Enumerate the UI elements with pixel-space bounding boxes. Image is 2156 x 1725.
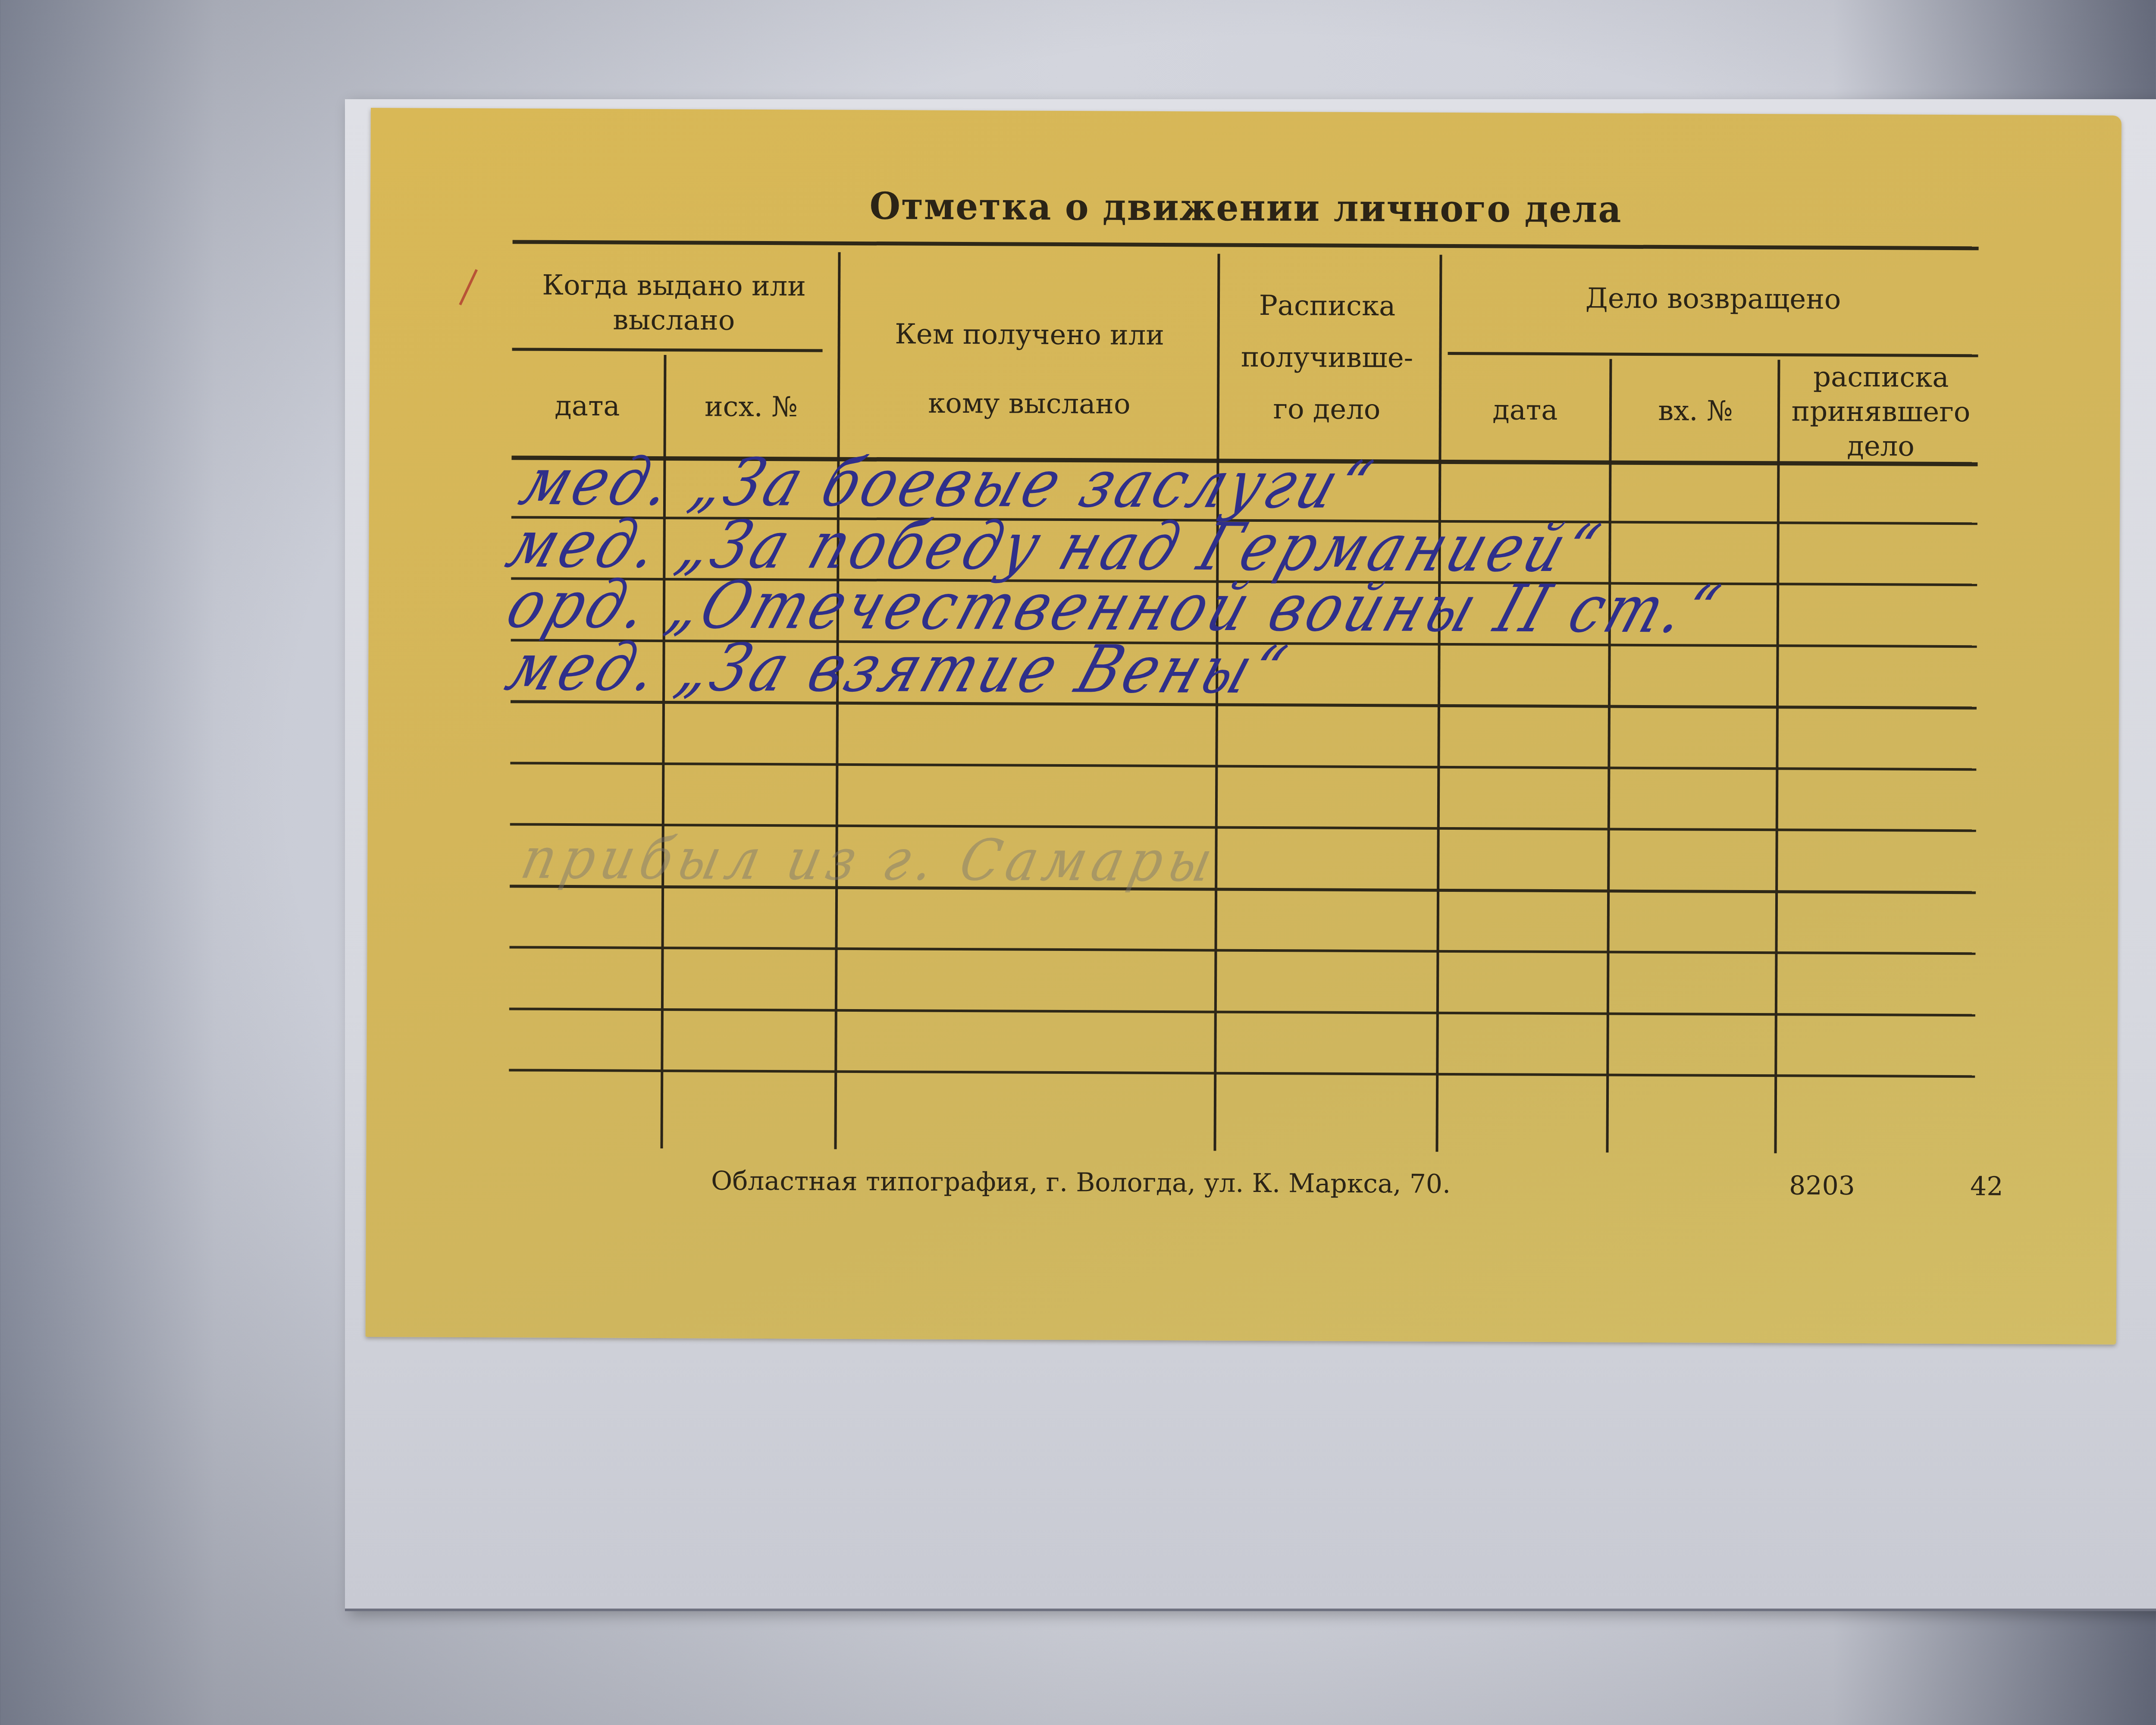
pencil-note: прибыл из г. Самары [516,826,1224,895]
row-rule [509,946,1975,955]
header-issued-date: дата [512,389,663,424]
issued-group-subrule [512,348,823,352]
card-title: Отметка о движении личного дела [370,182,2121,234]
red-pencil-mark [459,269,478,305]
col-divider-6 [1774,360,1780,1153]
order-number: 8203 [1789,1170,1855,1201]
col-divider-5 [1606,359,1612,1153]
header-returned-date: дата [1443,393,1607,428]
table-top-rule [513,240,1979,250]
form-number: 42 [1970,1171,2003,1201]
personal-file-card: Отметка о движении личного дела Когда вы… [366,108,2122,1345]
row-rule [509,1069,1975,1078]
header-issued-group: Когда выдано или выслано [534,268,815,339]
header-receipt-recipient: Расписка получивше-го дело [1232,280,1423,436]
printer-imprint: Областная типография, г. Вологда, ул. К.… [711,1166,1451,1199]
header-returned-incoming-no: вх. № [1614,394,1777,429]
header-issued-outgoing-no: исх. № [667,389,835,425]
header-returned-group: Дело возвращено [1448,281,1978,317]
row-rule [509,1007,1975,1016]
handwritten-entry-4: мед. „За взятие Вены“ [498,629,1298,709]
header-recipient: Кем получено или кому выслано [861,300,1198,439]
returned-group-subrule [1448,352,1978,357]
row-rule [510,762,1976,771]
header-receipt-acceptor: расписка принявшего дело [1781,360,1980,464]
col-divider-4 [1435,255,1442,1152]
